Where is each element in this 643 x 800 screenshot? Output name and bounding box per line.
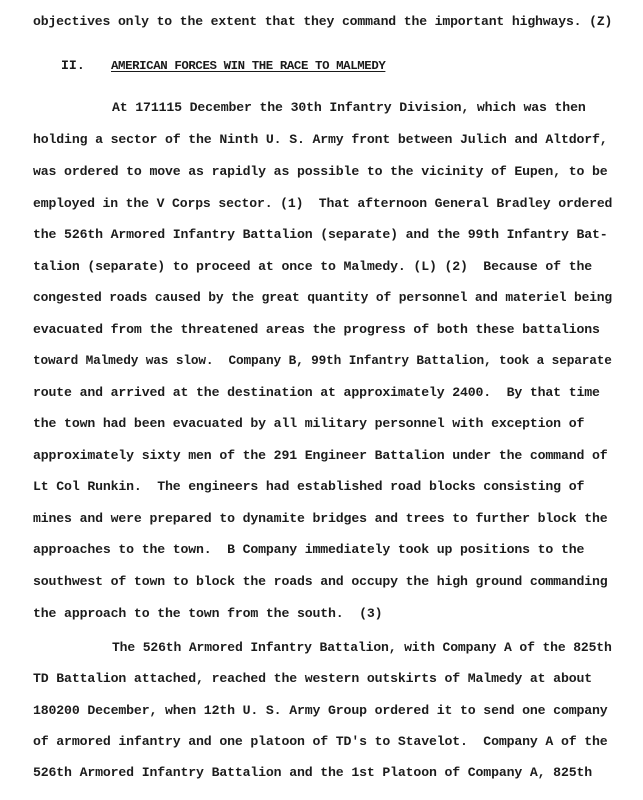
paragraph-line: approaches to the town. B Company immedi… (33, 542, 584, 558)
paragraph-line: holding a sector of the Ninth U. S. Army… (33, 132, 608, 148)
paragraph-line: approximately sixty men of the 291 Engin… (33, 448, 608, 464)
paragraph-line: evacuated from the threatened areas the … (33, 322, 600, 338)
paragraph-line: mines and were prepared to dynamite brid… (33, 511, 608, 527)
paragraph-line: the 526th Armored Infantry Battalion (se… (33, 227, 608, 243)
paragraph-line: talion (separate) to proceed at once to … (33, 259, 592, 275)
document-page: objectives only to the extent that they … (0, 0, 643, 800)
paragraph-line: toward Malmedy was slow. Company B, 99th… (33, 353, 612, 369)
paragraph-line: route and arrived at the destination at … (33, 385, 600, 401)
paragraph-line: the town had been evacuated by all milit… (33, 416, 584, 432)
paragraph-line: was ordered to move as rapidly as possib… (33, 164, 608, 180)
paragraph-line: congested roads caused by the great quan… (33, 290, 612, 306)
paragraph-line: of armored infantry and one platoon of T… (33, 734, 608, 750)
section-number: II. (61, 58, 85, 74)
paragraph-line: The 526th Armored Infantry Battalion, wi… (112, 640, 612, 656)
paragraph-line: southwest of town to block the roads and… (33, 574, 608, 590)
paragraph-line: Lt Col Runkin. The engineers had establi… (33, 479, 584, 495)
paragraph-line: 526th Armored Infantry Battalion and the… (33, 765, 592, 781)
paragraph-line: employed in the V Corps sector. (1) That… (33, 196, 612, 212)
paragraph-line: the approach to the town from the south.… (33, 606, 382, 622)
section-title: AMERICAN FORCES WIN THE RACE TO MALMEDY (111, 58, 385, 74)
paragraph-line: 180200 December, when 12th U. S. Army Gr… (33, 703, 608, 719)
intro-line: objectives only to the extent that they … (33, 14, 612, 30)
paragraph-line: At 171115 December the 30th Infantry Div… (112, 100, 586, 116)
paragraph-line: TD Battalion attached, reached the weste… (33, 671, 592, 687)
